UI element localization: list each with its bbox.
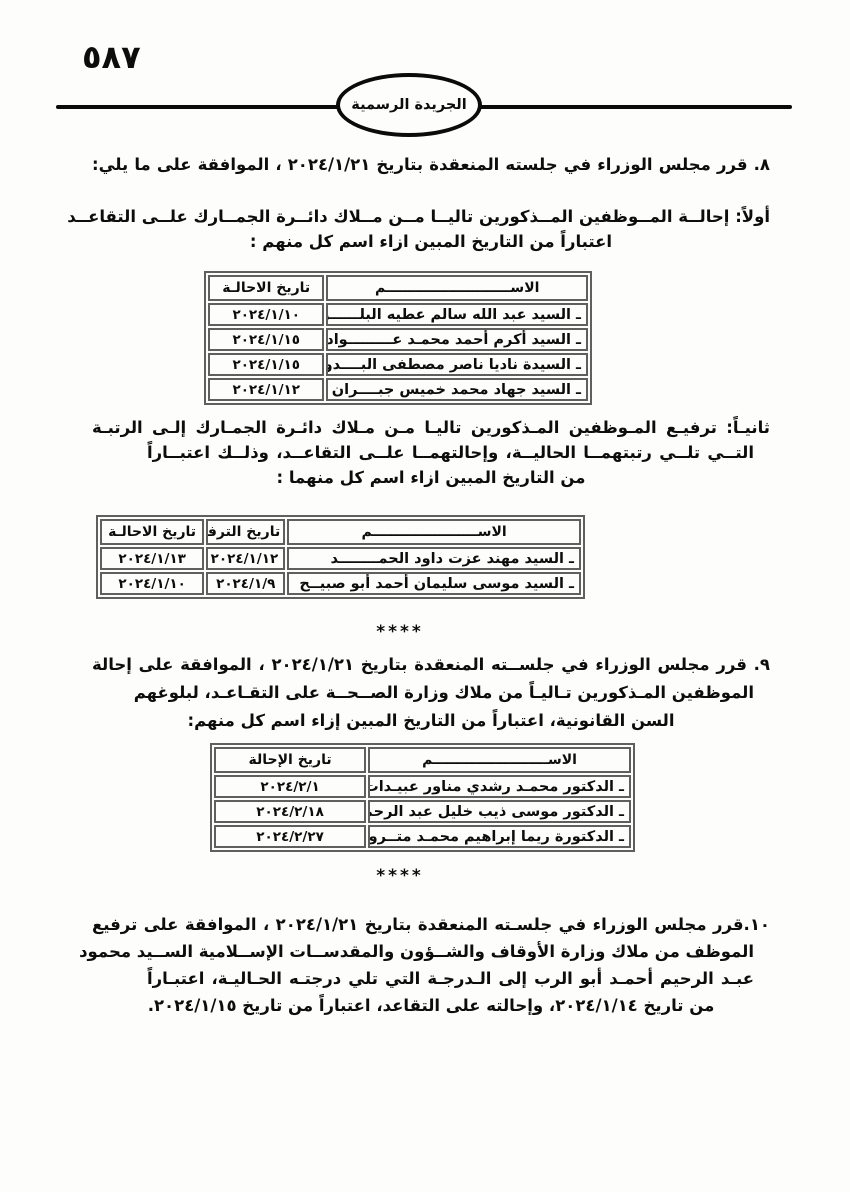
clause-second-line-2: التــي تلــي رتبتهمــا الحاليــة، وإحالت… bbox=[147, 440, 754, 465]
table-header-row: الاســــــــــــــــــــــــــم تاريخ ال… bbox=[208, 275, 588, 301]
name-cell: ـ السيد جهاد محمد خميس جبــــران bbox=[326, 378, 588, 401]
name-cell: ـ السيد أكرم أحمد محمـد عـــــــــواد bbox=[326, 328, 588, 351]
customs-promotion-table: الاســــــــــــــــــــــم تاريخ الترفي… bbox=[96, 515, 585, 599]
referral-date-cell: ٢٠٢٤/١/١٣ bbox=[100, 547, 204, 570]
decree-10-line-1: ١٠.قرر مجلس الوزراء في جلسـته المنعقدة ب… bbox=[92, 911, 770, 938]
decree-10-line-3: عبـد الرحيم أحمـد أبو الرب إلى الـدرجـة … bbox=[147, 965, 754, 992]
name-cell: ـ الدكتورة ريما إبراهيم محمـد متــروك bbox=[368, 825, 631, 848]
column-header-name: الاســــــــــــــــــــــــــم bbox=[326, 275, 588, 301]
name-cell: ـ السيد مهند عزت داود الحمــــــــد bbox=[287, 547, 581, 570]
customs-retirement-table: الاســــــــــــــــــــــــــم تاريخ ال… bbox=[204, 271, 592, 405]
column-header-referral-date: تاريخ الاحالـة bbox=[100, 519, 204, 545]
table-row: ـ الدكتور موسى ذيب خليل عبد الرحمن ٢٠٢٤/… bbox=[214, 800, 631, 823]
table-row: ـ السيد عبد الله سالم عطيه البلــــــوي … bbox=[208, 303, 588, 326]
clause-second-line-1: ثانيـاً: ترفيـع المـوظفين المـذكورين تال… bbox=[92, 415, 770, 440]
name-cell: ـ الدكتور موسى ذيب خليل عبد الرحمن bbox=[368, 800, 631, 823]
referral-date-cell: ٢٠٢٤/١/١٥ bbox=[208, 353, 324, 376]
referral-date-cell: ٢٠٢٤/٢/١٨ bbox=[214, 800, 366, 823]
decree-8-clause-second: ثانيـاً: ترفيـع المـوظفين المـذكورين تال… bbox=[92, 415, 770, 490]
table-row: ـ السيد مهند عزت داود الحمــــــــد ٢٠٢٤… bbox=[100, 547, 581, 570]
gazette-oval: الجريدة الرسمية bbox=[336, 73, 482, 137]
referral-date-cell: ٢٠٢٤/١/١٥ bbox=[208, 328, 324, 351]
gazette-title: الجريدة الرسمية bbox=[351, 97, 466, 113]
decree-9-line-1: ٩. قرر مجلس الوزراء في جلســته المنعقدة … bbox=[92, 651, 770, 679]
column-header-name: الاســــــــــــــــــــــــم bbox=[368, 747, 631, 773]
referral-date-cell: ٢٠٢٤/١/١٠ bbox=[208, 303, 324, 326]
decree-8-clause-first: أولاً: إحالــة المــوظفين المــذكورين تا… bbox=[92, 204, 770, 254]
column-header-referral-date: تاريخ الاحالـة bbox=[208, 275, 324, 301]
table-header-row: الاســــــــــــــــــــــــم تاريخ الإح… bbox=[214, 747, 631, 773]
decree-9-line-3: السن القانونية، اعتباراً من التاريخ المب… bbox=[92, 707, 770, 735]
table-row: ـ السيد موسى سليمان أحمد أبو صبيــح ٢٠٢٤… bbox=[100, 572, 581, 595]
clause-second-line-3: من التاريخ المبين ازاء اسم كل منهما : bbox=[92, 465, 770, 490]
decree-9: ٩. قرر مجلس الوزراء في جلســته المنعقدة … bbox=[92, 651, 770, 735]
gazette-page: ٥٨٧ الجريدة الرسمية ٨. قرر مجلس الوزراء … bbox=[0, 0, 850, 1192]
page-number: ٥٨٧ bbox=[82, 38, 141, 76]
name-cell: ـ السيد موسى سليمان أحمد أبو صبيــح bbox=[287, 572, 581, 595]
referral-date-cell: ٢٠٢٤/١/١٢ bbox=[208, 378, 324, 401]
name-cell: ـ السيدة ناديا ناصر مصطفى البــــدور bbox=[326, 353, 588, 376]
table-row: ـ السيد أكرم أحمد محمـد عـــــــــواد ٢٠… bbox=[208, 328, 588, 351]
column-header-name: الاســــــــــــــــــــــم bbox=[287, 519, 581, 545]
table-row: ـ الدكتور محمـد رشدي مناور عبيـدات ٢٠٢٤/… bbox=[214, 775, 631, 798]
decree-10-line-4: من تاريخ ٢٠٢٤/١/١٤، وإحالته على التقاعد،… bbox=[92, 992, 770, 1019]
health-retirement-table: الاســــــــــــــــــــــــم تاريخ الإح… bbox=[210, 743, 635, 852]
table-row: ـ السيدة ناديا ناصر مصطفى البــــدور ٢٠٢… bbox=[208, 353, 588, 376]
table-row: ـ الدكتورة ريما إبراهيم محمـد متــروك ٢٠… bbox=[214, 825, 631, 848]
decree-9-line-2: الموظفين المـذكورين تـاليـاً من ملاك وزا… bbox=[147, 679, 754, 707]
decree-8-intro: ٨. قرر مجلس الوزراء في جلسته المنعقدة بت… bbox=[92, 151, 770, 178]
table-row: ـ السيد جهاد محمد خميس جبــــران ٢٠٢٤/١/… bbox=[208, 378, 588, 401]
name-cell: ـ السيد عبد الله سالم عطيه البلــــــوي bbox=[326, 303, 588, 326]
column-header-referral-date: تاريخ الإحالة bbox=[214, 747, 366, 773]
table-header-row: الاســــــــــــــــــــــم تاريخ الترفي… bbox=[100, 519, 581, 545]
decree-8-intro-line: ٨. قرر مجلس الوزراء في جلسته المنعقدة بت… bbox=[92, 151, 770, 178]
clause-first-line-2: اعتباراً من التاريخ المبين ازاء اسم كل م… bbox=[92, 229, 770, 254]
decree-10: ١٠.قرر مجلس الوزراء في جلسـته المنعقدة ب… bbox=[92, 911, 770, 1019]
separator-stars: **** bbox=[90, 622, 710, 642]
referral-date-cell: ٢٠٢٤/٢/٢٧ bbox=[214, 825, 366, 848]
clause-first-line-1: أولاً: إحالــة المــوظفين المــذكورين تا… bbox=[92, 204, 770, 229]
promotion-date-cell: ٢٠٢٤/١/٩ bbox=[206, 572, 285, 595]
decree-10-line-2: الموظف من ملاك وزارة الأوقاف والشــؤون و… bbox=[147, 938, 754, 965]
referral-date-cell: ٢٠٢٤/١/١٠ bbox=[100, 572, 204, 595]
column-header-promotion-date: تاريخ الترفيـع bbox=[206, 519, 285, 545]
referral-date-cell: ٢٠٢٤/٢/١ bbox=[214, 775, 366, 798]
name-cell: ـ الدكتور محمـد رشدي مناور عبيـدات bbox=[368, 775, 631, 798]
separator-stars: **** bbox=[90, 866, 710, 886]
promotion-date-cell: ٢٠٢٤/١/١٢ bbox=[206, 547, 285, 570]
